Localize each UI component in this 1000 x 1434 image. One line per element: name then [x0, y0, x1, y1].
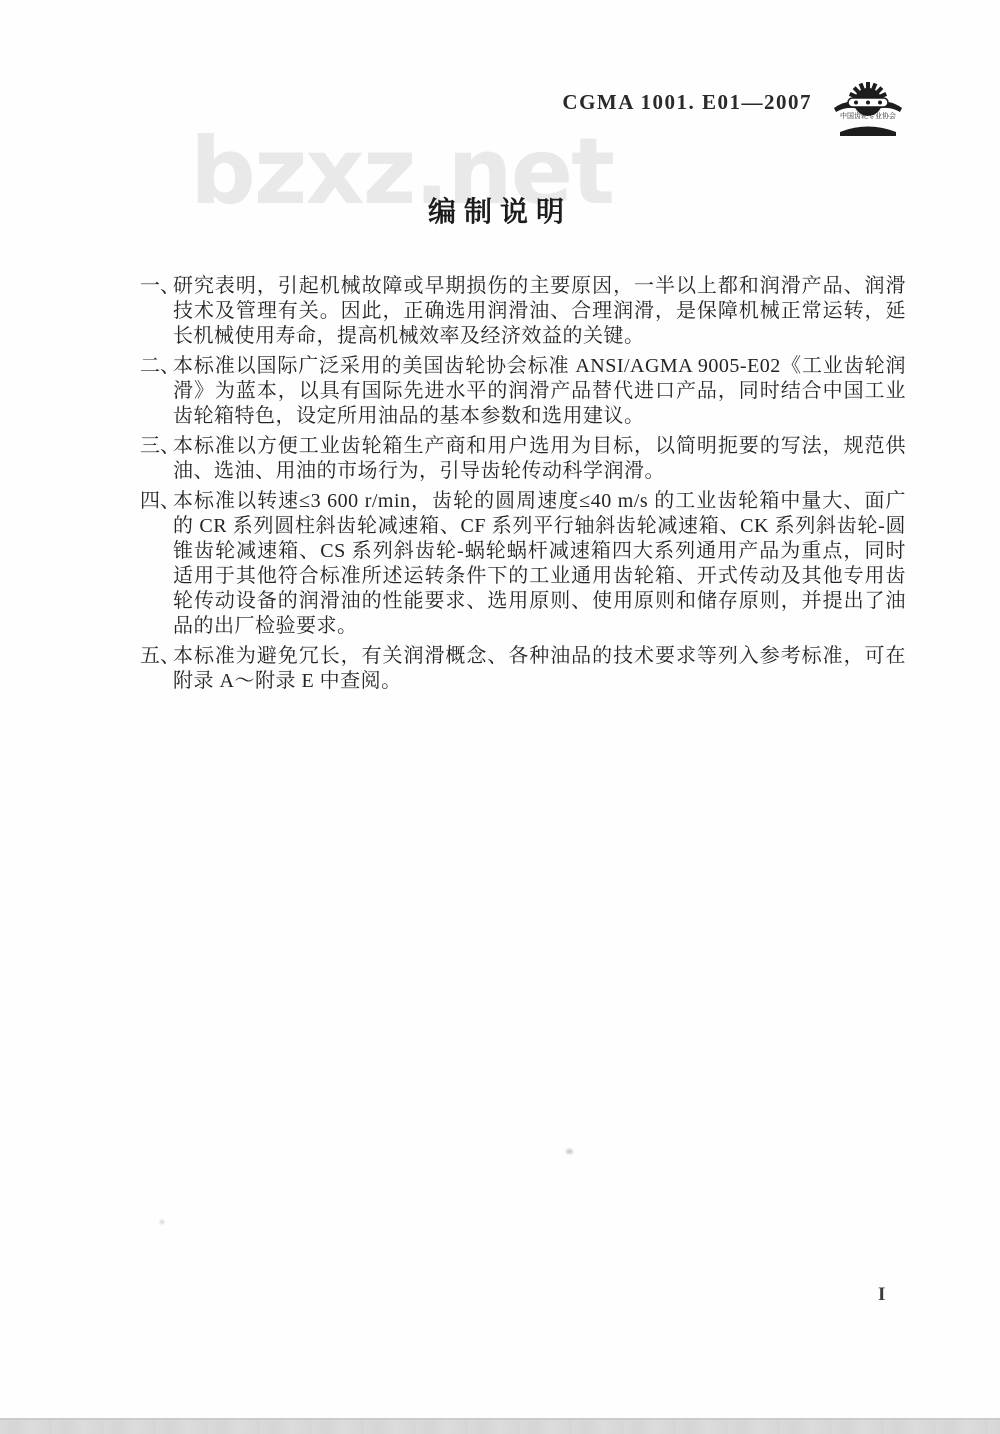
page-header: CGMA 1001. E01—2007 — [562, 78, 908, 140]
list-marker-4: 四、 — [140, 489, 180, 514]
list-marker-3: 三、 — [140, 434, 180, 459]
logo-caption: 中国齿轮专业协会 — [840, 111, 896, 120]
paragraph-5: 五、本标准为避免冗长，有关润滑概念、各种油品的技术要求等列入参考标准，可在附录 … — [140, 644, 906, 694]
gear-association-logo-icon: 中国齿轮专业协会 — [828, 78, 908, 140]
paragraph-2-text: 本标准以国际广泛采用的美国齿轮协会标准 ANSI/AGMA 9005-E02《工… — [173, 355, 906, 427]
scan-speck — [160, 1220, 164, 1224]
paragraph-4: 四、本标准以转速≤3 600 r/min，齿轮的圆周速度≤40 m/s 的工业齿… — [140, 489, 906, 639]
page-number: I — [878, 1284, 885, 1306]
paragraph-5-text: 本标准为避免冗长，有关润滑概念、各种油品的技术要求等列入参考标准，可在附录 A～… — [173, 645, 906, 692]
paragraph-3-text: 本标准以方便工业齿轮箱生产商和用户选用为目标，以简明扼要的写法，规范供油、选油、… — [173, 435, 906, 482]
document-page: bzxz.net CGMA 1001. E01—2007 — [0, 0, 1000, 1434]
page-title: 编制说明 — [0, 190, 1000, 230]
list-marker-2: 二、 — [140, 354, 180, 379]
paragraph-1-text: 研究表明，引起机械故障或早期损伤的主要原因，一半以上都和润滑产品、润滑技术及管理… — [173, 275, 906, 347]
paragraph-3: 三、本标准以方便工业齿轮箱生产商和用户选用为目标，以简明扼要的写法，规范供油、选… — [140, 434, 906, 484]
paragraph-4-text: 本标准以转速≤3 600 r/min，齿轮的圆周速度≤40 m/s 的工业齿轮箱… — [173, 490, 906, 637]
paragraph-2: 二、本标准以国际广泛采用的美国齿轮协会标准 ANSI/AGMA 9005-E02… — [140, 354, 906, 429]
list-marker-5: 五、 — [140, 644, 180, 669]
scan-speck — [566, 1149, 573, 1154]
body-text: 一、研究表明，引起机械故障或早期损伤的主要原因，一半以上都和润滑产品、润滑技术及… — [140, 274, 906, 699]
list-marker-1: 一、 — [140, 274, 180, 299]
standard-number: CGMA 1001. E01—2007 — [562, 90, 812, 115]
paragraph-1: 一、研究表明，引起机械故障或早期损伤的主要原因，一半以上都和润滑产品、润滑技术及… — [140, 274, 906, 349]
scan-edge-strip — [0, 1418, 1000, 1434]
